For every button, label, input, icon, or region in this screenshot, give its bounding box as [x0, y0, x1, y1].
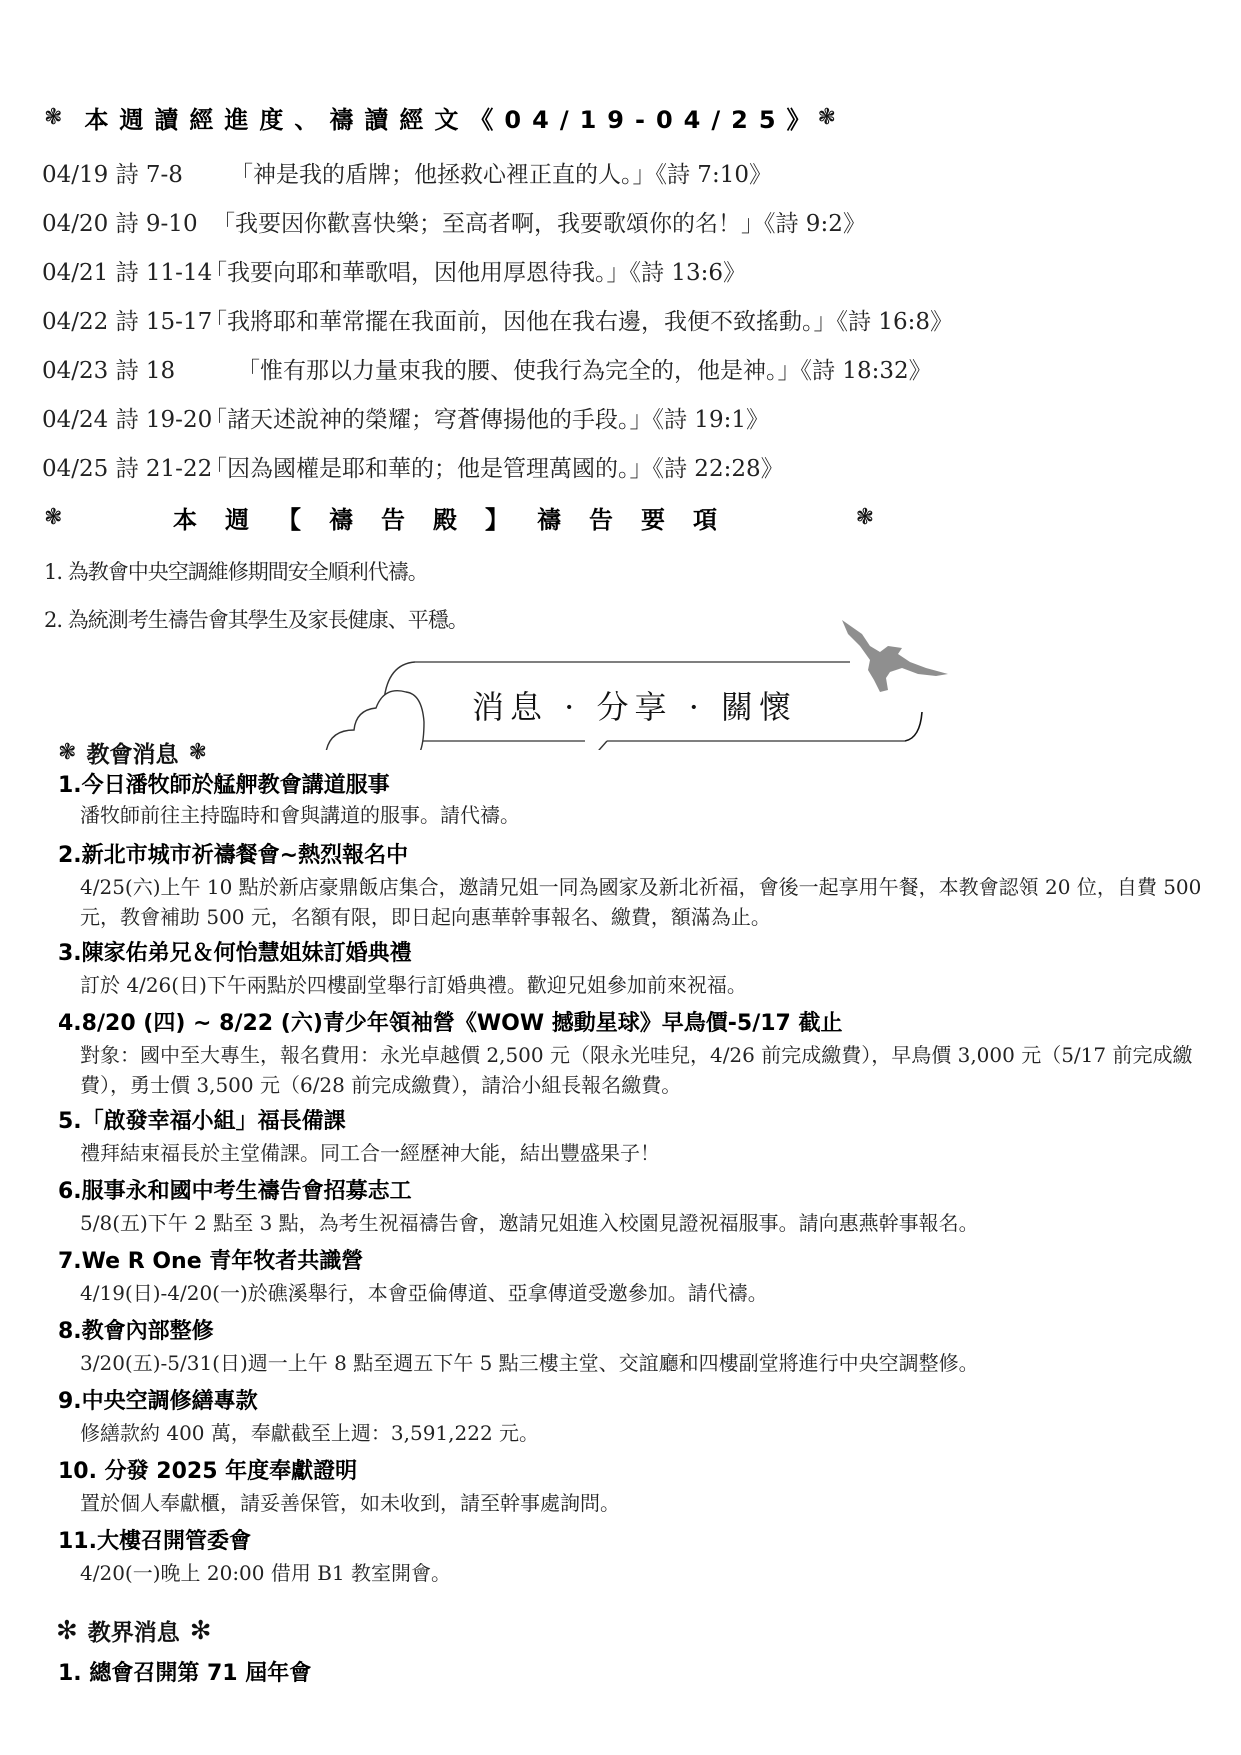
reading-date: 04/25 詩 21-22	[42, 450, 204, 483]
asterisk-icon: ✻	[56, 1616, 78, 1646]
church-news-header: ❃ 教會消息 ❃	[58, 736, 207, 769]
news-heading: 3.陳家佑弟兄＆何怡慧姐妹訂婚典禮	[58, 936, 412, 967]
news-heading: 10. 分發 2025 年度奉獻證明	[58, 1454, 357, 1485]
news-body: 對象：國中至大專生，報名費用：永光卓越價 2,500 元（限永光哇兒，4/26 …	[80, 1040, 1210, 1100]
news-heading: 6.服事永和國中考生禱告會招募志工	[58, 1174, 412, 1205]
reading-date: 04/22 詩 15-17	[42, 303, 204, 336]
industry-news-title: 教界消息	[88, 1614, 180, 1647]
reading-row: 04/25 詩 21-22「因為國權是耶和華的；他是管理萬國的。」《詩 22:2…	[42, 450, 784, 483]
prayer-item: 1. 為教會中央空調維修期間安全順利代禱。	[44, 556, 428, 586]
news-heading: 5.「啟發幸福小組」福長備課	[58, 1104, 346, 1135]
reading-title: 本週讀經進度、禱讀經文《04/19-04/25》	[84, 100, 821, 135]
reading-verse: 「諸天述說神的榮耀；穹蒼傳揚他的手段。」《詩 19:1》	[204, 407, 769, 433]
news-heading: 7.We R One 青年牧者共識營	[58, 1244, 363, 1275]
news-banner: 消息 · 分享 · 關懷	[320, 630, 960, 750]
news-heading: 11.大樓召開管委會	[58, 1524, 251, 1555]
flower-star-icon: ❃	[58, 740, 76, 765]
reading-date: 04/24 詩 19-20	[42, 401, 204, 434]
reading-verse: 「我將耶和華常擺在我面前，因他在我右邊，我便不致搖動。」《詩 16:8》	[204, 309, 953, 335]
news-body: 4/20(一)晚上 20:00 借用 B1 教室開會。	[80, 1558, 1210, 1588]
news-heading: 8.教會內部整修	[58, 1314, 214, 1345]
reading-row: 04/22 詩 15-17「我將耶和華常擺在我面前，因他在我右邊，我便不致搖動。…	[42, 303, 953, 336]
reading-date: 04/21 詩 11-14	[42, 254, 204, 287]
reading-verse: 「因為國權是耶和華的；他是管理萬國的。」《詩 22:28》	[204, 456, 784, 482]
flower-star-icon: ❃	[44, 105, 62, 130]
banner-title: 消息 · 分享 · 關懷	[472, 682, 797, 728]
news-body: 4/25(六)上午 10 點於新店豪鼎飯店集合，邀請兄姐一同為國家及新北祈福，會…	[80, 872, 1210, 932]
flower-star-icon: ❃	[856, 505, 874, 530]
news-body: 禮拜結束福長於主堂備課。同工合一經歷神大能，結出豐盛果子！	[80, 1138, 1210, 1168]
news-body: 訂於 4/26(日)下午兩點於四樓副堂舉行訂婚典禮。歡迎兄姐參加前來祝福。	[80, 970, 1210, 1000]
reading-date: 04/19 詩 7-8	[42, 156, 230, 189]
news-heading: 1. 總會召開第 71 屆年會	[58, 1656, 311, 1687]
news-body: 5/8(五)下午 2 點至 3 點，為考生祝福禱告會，邀請兄姐進入校園見證祝福服…	[80, 1208, 1210, 1238]
reading-row: 04/24 詩 19-20「諸天述說神的榮耀；穹蒼傳揚他的手段。」《詩 19:1…	[42, 401, 769, 434]
asterisk-icon: ✻	[190, 1616, 212, 1646]
reading-row: 04/21 詩 11-14「我要向耶和華歌唱，因他用厚恩待我。」《詩 13:6》	[42, 254, 746, 287]
church-news-title: 教會消息	[86, 736, 178, 769]
reading-verse: 「我要因你歡喜快樂；至高者啊，我要歌頌你的名！」《詩 9:2》	[212, 211, 866, 237]
news-heading: 2.新北市城市祈禱餐會~熱烈報名中	[58, 838, 408, 869]
news-body: 潘牧師前往主持臨時和會與講道的服事。請代禱。	[80, 800, 1210, 830]
flower-star-icon: ❃	[44, 505, 62, 530]
prayer-title: 本週【禱告殿】禱告要項	[173, 500, 745, 535]
reading-verse: 「神是我的盾牌；他拯救心裡正直的人。」《詩 7:10》	[230, 162, 772, 188]
news-body: 3/20(五)-5/31(日)週一上午 8 點至週五下午 5 點三樓主堂、交誼廳…	[80, 1348, 1210, 1378]
prayer-section-header: ❃ 本週【禱告殿】禱告要項 ❃	[44, 500, 874, 535]
reading-row: 04/20 詩 9-10「我要因你歡喜快樂；至高者啊，我要歌頌你的名！」《詩 9…	[42, 205, 866, 238]
reading-verse: 「我要向耶和華歌唱，因他用厚恩待我。」《詩 13:6》	[204, 260, 746, 286]
reading-verse: 「惟有那以力量束我的腰、使我行為完全的，他是神。」《詩 18:32》	[237, 358, 932, 384]
reading-date: 04/23 詩 18	[42, 352, 237, 385]
reading-row: 04/19 詩 7-8「神是我的盾牌；他拯救心裡正直的人。」《詩 7:10》	[42, 156, 772, 189]
reading-row: 04/23 詩 18「惟有那以力量束我的腰、使我行為完全的，他是神。」《詩 18…	[42, 352, 932, 385]
reading-section-header: ❃ 本週讀經進度、禱讀經文《04/19-04/25》 ❃	[44, 100, 836, 135]
news-heading: 4.8/20 (四) ~ 8/22 (六)青少年領袖營《WOW 撼動星球》早鳥價…	[58, 1006, 843, 1037]
news-body: 置於個人奉獻櫃，請妥善保管，如未收到，請至幹事處詢問。	[80, 1488, 1210, 1518]
flower-star-icon: ❃	[188, 740, 206, 765]
industry-news-header: ✻ 教界消息 ✻	[56, 1614, 212, 1647]
eagle-icon	[840, 616, 950, 696]
news-heading: 1.今日潘牧師於艋舺教會講道服事	[58, 768, 390, 799]
news-heading: 9.中央空調修繕專款	[58, 1384, 258, 1415]
news-body: 4/19(日)-4/20(一)於礁溪舉行，本會亞倫傳道、亞拿傳道受邀參加。請代禱…	[80, 1278, 1210, 1308]
news-body: 修繕款約 400 萬，奉獻截至上週：3,591,222 元。	[80, 1418, 1210, 1448]
reading-date: 04/20 詩 9-10	[42, 205, 212, 238]
flower-star-icon: ❃	[818, 105, 836, 130]
